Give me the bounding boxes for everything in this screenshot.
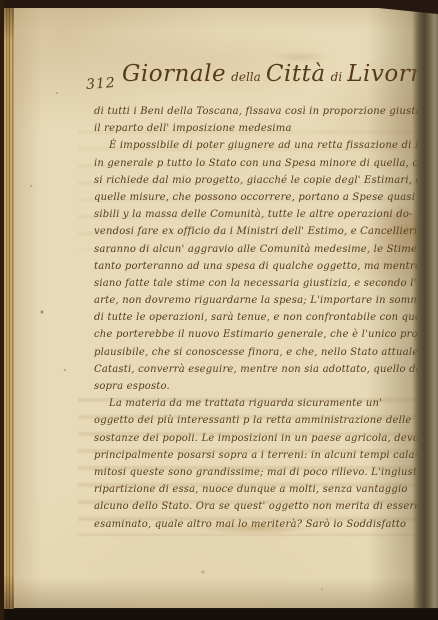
manuscript-page: 312 Giornale della Città di Livorno di t… xyxy=(14,7,424,608)
manuscript-line: ripartizione di essa, nuoce dunque a mol… xyxy=(94,481,438,498)
manuscript-line: alcuno dello Stato. Ora se quest' oggett… xyxy=(94,498,438,515)
manuscript-line: vendosi fare ex officio da i Ministri de… xyxy=(94,223,438,240)
manuscript-line: tanto porteranno ad una spesa di qualche… xyxy=(94,258,438,275)
manuscript-line: che porterebbe il nuovo Estimario genera… xyxy=(94,326,438,343)
manuscript-line: siano fatte tale stime con la necessaria… xyxy=(94,275,438,292)
title-word: della xyxy=(231,70,261,84)
manuscript-line: plausibile, che si conoscesse finora, e … xyxy=(94,344,438,361)
manuscript-line: di tutte le operazioni, sarà tenue, e no… xyxy=(94,309,438,326)
manuscript-line: esaminato, quale altro mai lo meriterà? … xyxy=(94,516,438,533)
title-word: Giornale xyxy=(122,61,226,87)
scanned-book-page: 312 Giornale della Città di Livorno di t… xyxy=(0,0,438,620)
manuscript-line: sopra esposto. xyxy=(94,378,438,395)
cover-left-edge xyxy=(0,0,4,620)
title-word: Città xyxy=(266,61,326,87)
manuscript-line: La materia da me trattata riguarda sicur… xyxy=(94,395,438,412)
manuscript-line: il reparto dell' imposizione medesima xyxy=(94,120,438,137)
manuscript-line: saranno di alcun' aggravio alle Comunità… xyxy=(94,241,438,258)
title-word: di xyxy=(331,70,343,84)
manuscript-line: È impossibile di poter giugnere ad una r… xyxy=(94,137,438,154)
manuscript-line: Catasti, converrà eseguire, mentre non s… xyxy=(94,361,438,378)
manuscript-line: mitosi queste sono grandissime; mai di p… xyxy=(94,464,438,481)
manuscript-body: di tutti i Beni della Toscana, fissava c… xyxy=(94,103,438,533)
cover-bottom-edge xyxy=(0,609,438,620)
manuscript-line: sostanze dei popoli. Le imposizioni in u… xyxy=(94,430,438,447)
manuscript-line: oggetto dei più interessanti p la retta … xyxy=(94,412,438,429)
manuscript-line: in generale p tutto lo Stato con una Spe… xyxy=(94,155,438,172)
gutter-shadow xyxy=(412,7,438,608)
page-title: Giornale della Città di Livorno xyxy=(122,61,412,87)
manuscript-line: si richiede dal mio progetto, giacché le… xyxy=(94,172,438,189)
page-number: 312 xyxy=(85,75,116,93)
manuscript-line: di tutti i Beni della Toscana, fissava c… xyxy=(94,103,438,120)
manuscript-line: sibili y la massa delle Comunità, tutte … xyxy=(94,206,438,223)
manuscript-line: principalmente posarsi sopra a i terreni… xyxy=(94,447,438,464)
gilt-page-edge xyxy=(4,6,14,610)
manuscript-line: arte, non dovremo riguardarne la spesa; … xyxy=(94,292,438,309)
manuscript-line: quelle misure, che possono occorrere, po… xyxy=(94,189,438,206)
